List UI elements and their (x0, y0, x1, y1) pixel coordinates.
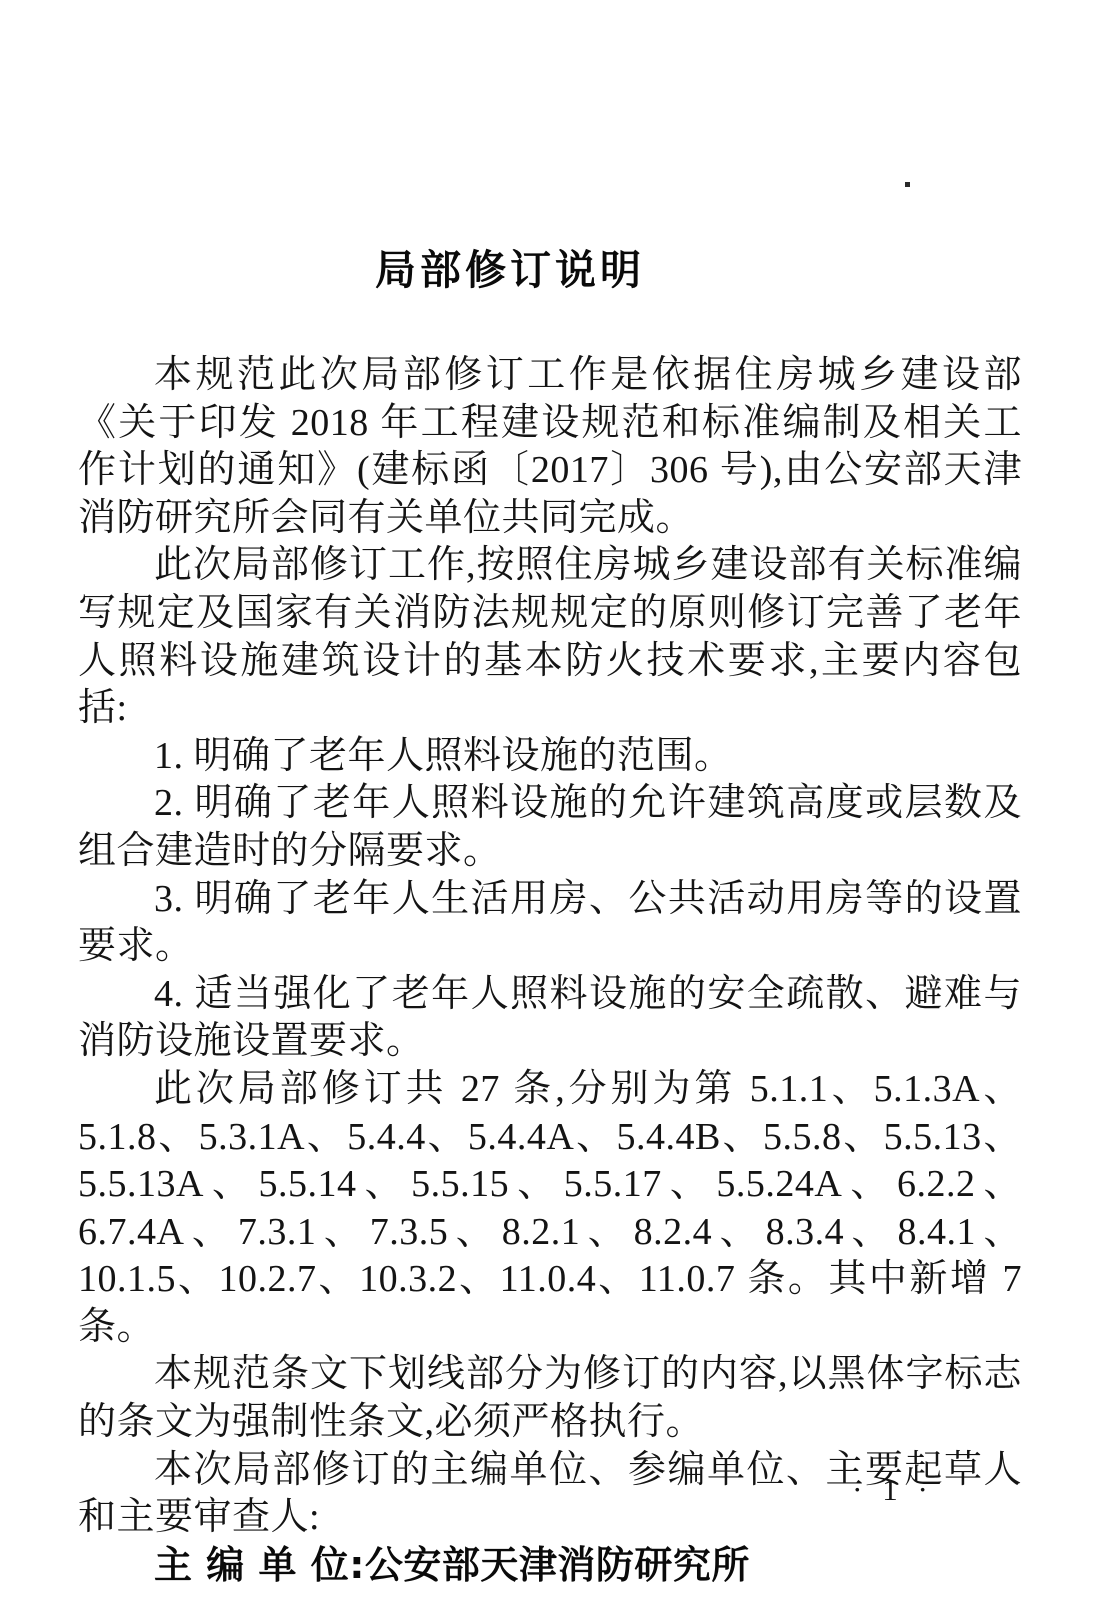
list-item-3: 3. 明确了老年人生活用房、公共活动用房等的设置要求。 (78, 876, 1022, 971)
body-text: 本规范此次局部修订工作是依据住房城乡建设部《关于印发 2018 年工程建设规范和… (78, 352, 1022, 1589)
document-page: 局部修订说明 本规范此次局部修订工作是依据住房城乡建设部《关于印发 2018 年… (0, 0, 1094, 1600)
list-item-2: 2. 明确了老年人照料设施的允许建筑高度或层数及组合建造时的分隔要求。 (78, 780, 1022, 875)
list-item-1: 1. 明确了老年人照料设施的范围。 (78, 733, 1022, 781)
page-number: · 1 · (838, 1472, 948, 1508)
chief-editing-unit-line: 主 编 单 位:公安部天津消防研究所 (78, 1542, 1022, 1590)
paragraph-intro-basis: 本规范此次局部修订工作是依据住房城乡建设部《关于印发 2018 年工程建设规范和… (78, 352, 1022, 542)
paragraph-clause-list: 此次局部修订共 27 条,分别为第 5.1.1、5.1.3A、5.1.8、5.3… (78, 1066, 1022, 1352)
paragraph-mandatory-note: 本规范条文下划线部分为修订的内容,以黑体字标志的条文为强制性条文,必须严格执行。 (78, 1351, 1022, 1446)
list-item-4: 4. 适当强化了老年人照料设施的安全疏散、避难与消防设施设置要求。 (78, 971, 1022, 1066)
page-title: 局部修订说明 (0, 237, 1020, 296)
scan-artifact-speck (905, 182, 910, 187)
paragraph-revision-scope: 此次局部修订工作,按照住房城乡建设部有关标准编写规定及国家有关消防法规规定的原则… (78, 542, 1022, 732)
